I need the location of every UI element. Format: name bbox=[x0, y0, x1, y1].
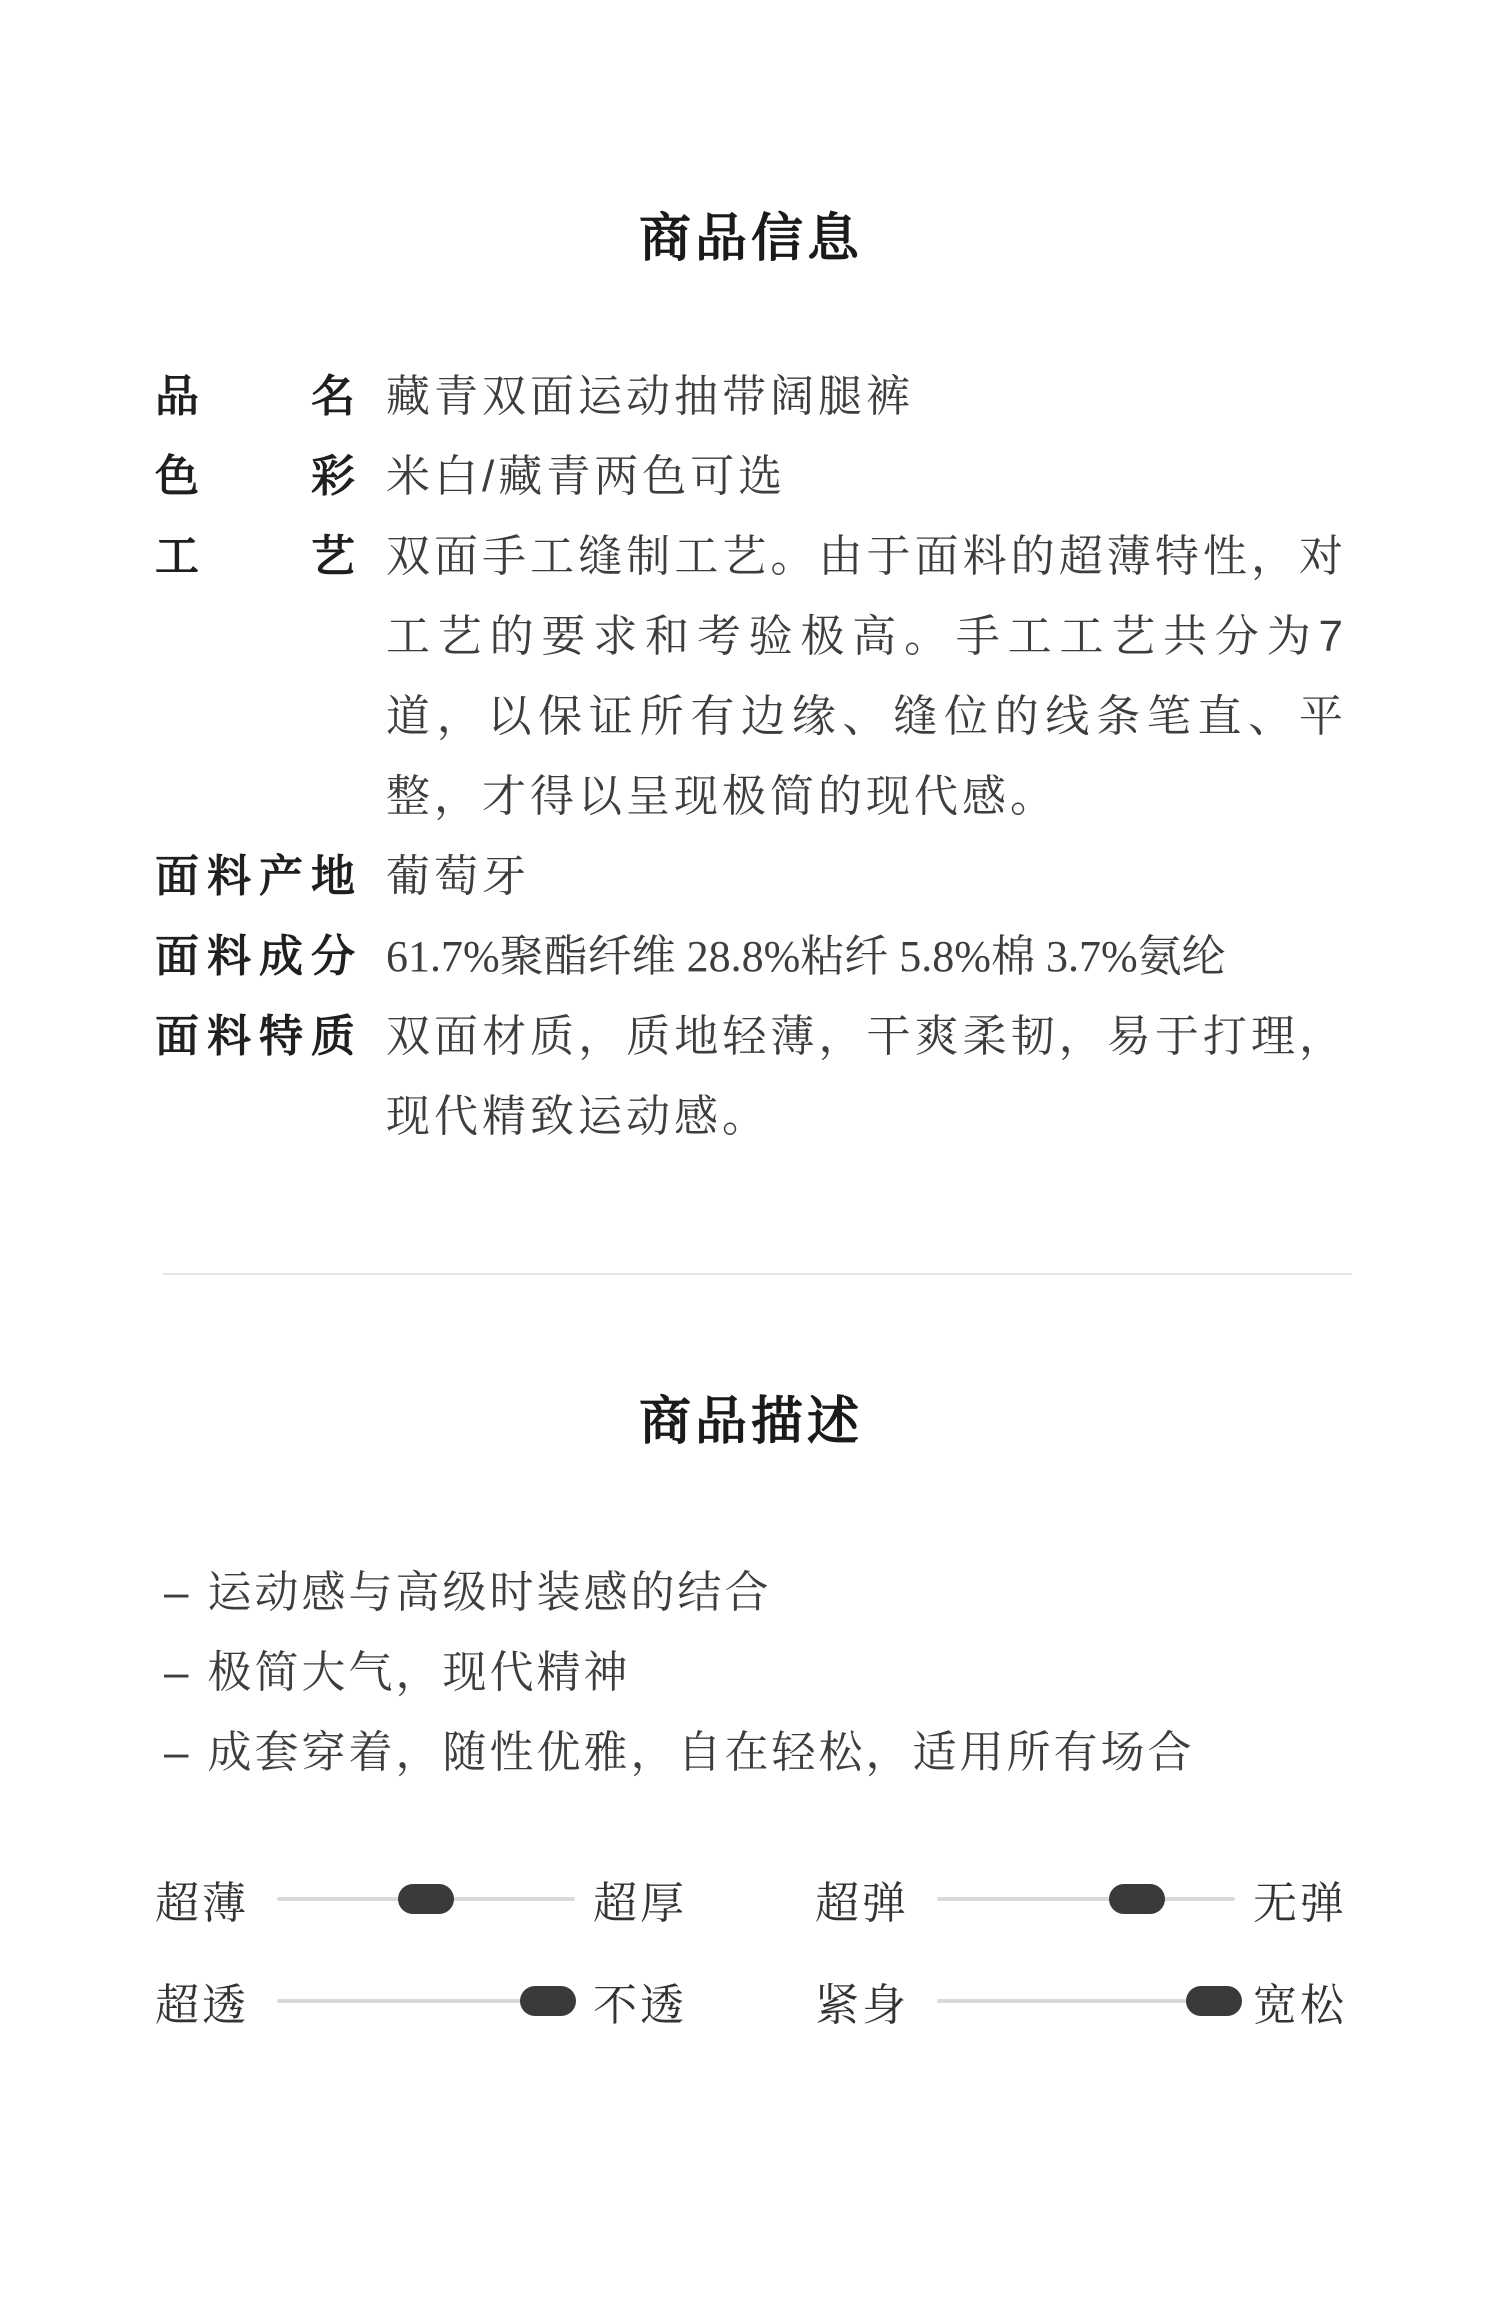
info-label: 面料成分 bbox=[155, 917, 355, 997]
info-row-name: 品名 藏青双面运动抽带阔腿裤 bbox=[155, 357, 1347, 437]
info-value: 葡萄牙 bbox=[386, 837, 1347, 917]
scale-marker bbox=[1186, 1986, 1242, 2016]
scale-right-label: 宽松 bbox=[1253, 1969, 1347, 2033]
bullet-text: 成套穿着，随性优雅，自在轻松，适用所有场合 bbox=[207, 1713, 1194, 1793]
product-description-title: 商品描述 bbox=[155, 1392, 1347, 1454]
scale-right-label: 不透 bbox=[593, 1969, 687, 2033]
info-row-fabric-origin: 面料产地 葡萄牙 bbox=[155, 837, 1347, 917]
scale-thin-thick: 超薄 超厚 bbox=[155, 1859, 687, 1939]
section-divider bbox=[163, 1273, 1352, 1275]
bullet-text: 极简大气，现代精神 bbox=[207, 1633, 630, 1713]
info-row-fabric-composition: 面料成分 61.7%聚酯纤维 28.8%粘纤 5.8%棉 3.7%氨纶 bbox=[155, 917, 1347, 997]
info-label: 工艺 bbox=[155, 517, 355, 597]
list-item: – 成套穿着，随性优雅，自在轻松，适用所有场合 bbox=[155, 1713, 1347, 1793]
dash-bullet-icon: – bbox=[164, 1553, 191, 1633]
info-value: 61.7%聚酯纤维 28.8%粘纤 5.8%棉 3.7%氨纶 bbox=[386, 917, 1347, 997]
scale-stretch-nostretch: 超弹 无弹 bbox=[815, 1859, 1347, 1939]
scale-marker bbox=[520, 1986, 576, 2016]
info-label: 面料产地 bbox=[155, 837, 355, 917]
scale-sheer-opaque: 超透 不透 bbox=[155, 1961, 687, 2041]
scale-left-label: 紧身 bbox=[815, 1969, 909, 2033]
info-value: 双面手工缝制工艺。由于面料的超薄特性，对工艺的要求和考验极高。手工工艺共分为7道… bbox=[386, 517, 1347, 837]
dash-bullet-icon: – bbox=[164, 1713, 191, 1793]
scale-track bbox=[277, 1897, 575, 1901]
list-item: – 运动感与高级时装感的结合 bbox=[155, 1553, 1347, 1633]
scale-left-label: 超弹 bbox=[815, 1867, 909, 1931]
list-item: – 极简大气，现代精神 bbox=[155, 1633, 1347, 1713]
info-row-color: 色彩 米白/藏青两色可选 bbox=[155, 437, 1347, 517]
info-label: 品名 bbox=[155, 357, 355, 437]
scale-track bbox=[937, 1999, 1235, 2003]
info-value: 米白/藏青两色可选 bbox=[386, 437, 1347, 517]
info-row-craft: 工艺 双面手工缝制工艺。由于面料的超薄特性，对工艺的要求和考验极高。手工工艺共分… bbox=[155, 517, 1347, 837]
scale-track bbox=[937, 1897, 1235, 1901]
info-value: 双面材质，质地轻薄，干爽柔韧，易于打理，现代精致运动感。 bbox=[386, 997, 1347, 1157]
product-info-list: 品名 藏青双面运动抽带阔腿裤 色彩 米白/藏青两色可选 工艺 双面手工缝制工艺。… bbox=[155, 357, 1347, 1157]
dash-bullet-icon: – bbox=[164, 1633, 191, 1713]
info-value: 藏青双面运动抽带阔腿裤 bbox=[386, 357, 1347, 437]
info-label: 面料特质 bbox=[155, 997, 355, 1077]
scale-right-label: 超厚 bbox=[593, 1867, 687, 1931]
product-info-title: 商品信息 bbox=[155, 209, 1347, 271]
scale-marker bbox=[398, 1884, 454, 1914]
scale-tight-loose: 紧身 宽松 bbox=[815, 1961, 1347, 2041]
scale-track bbox=[277, 1999, 575, 2003]
scale-right-label: 无弹 bbox=[1253, 1867, 1347, 1931]
scale-left-label: 超透 bbox=[155, 1969, 249, 2033]
scale-left-label: 超薄 bbox=[155, 1867, 249, 1931]
fabric-attribute-scales: 超薄 超厚 超弹 无弹 超透 不透 紧身 bbox=[155, 1859, 1347, 2041]
info-label: 色彩 bbox=[155, 437, 355, 517]
scale-marker bbox=[1109, 1884, 1165, 1914]
info-row-fabric-character: 面料特质 双面材质，质地轻薄，干爽柔韧，易于打理，现代精致运动感。 bbox=[155, 997, 1347, 1157]
bullet-text: 运动感与高级时装感的结合 bbox=[207, 1553, 771, 1633]
description-bullet-list: – 运动感与高级时装感的结合 – 极简大气，现代精神 – 成套穿着，随性优雅，自… bbox=[155, 1553, 1347, 1793]
product-detail-page: 商品信息 品名 藏青双面运动抽带阔腿裤 色彩 米白/藏青两色可选 工艺 双面手工… bbox=[0, 0, 1500, 2322]
